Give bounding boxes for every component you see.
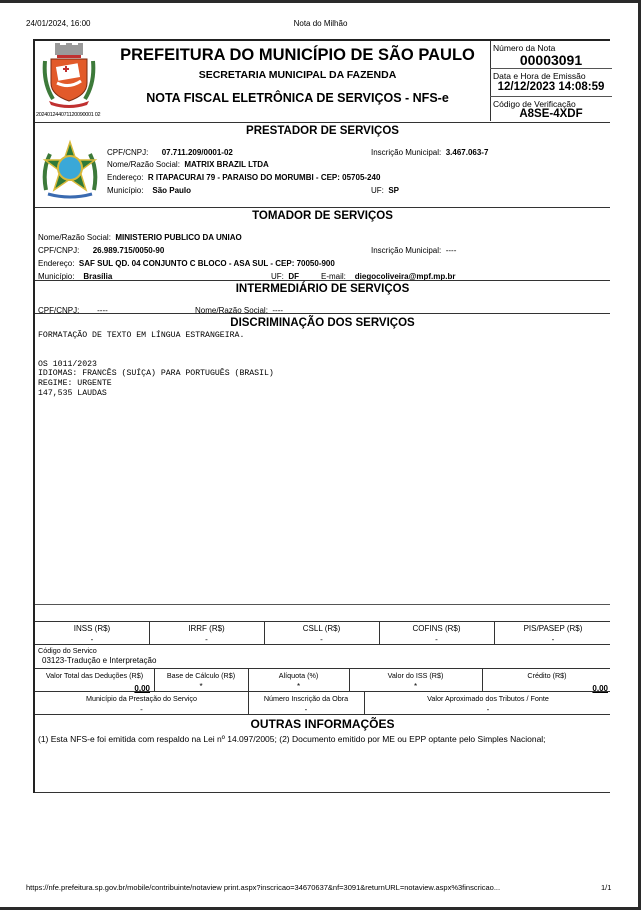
cell-divider xyxy=(379,622,380,645)
retencoes-label: IRRF (R$) xyxy=(149,624,264,633)
valores-label: Crédito (R$) xyxy=(482,671,612,680)
retencoes-label: INSS (R$) xyxy=(35,624,149,633)
emissao-label: Data e Hora de Emissão xyxy=(493,71,586,81)
tomador-im-value: ---- xyxy=(446,246,457,255)
valores-label: Alíquota (%) xyxy=(248,671,349,680)
numero-value: 00003091 xyxy=(493,52,609,68)
valores-label: Valor do ISS (R$) xyxy=(349,671,482,680)
extras-label: Valor Aproximado dos Tributos / Fonte xyxy=(364,694,612,703)
divider xyxy=(35,621,610,622)
header-left: 202401244071120090001 02 PREFEITURA DO M… xyxy=(35,41,490,121)
retencoes-value: - xyxy=(35,635,149,644)
outras-title: OUTRAS INFORMAÇÕES xyxy=(35,717,610,731)
divider xyxy=(35,792,610,793)
divider xyxy=(35,207,610,208)
servico-label: Código do Servico xyxy=(38,646,97,655)
extras-label: Número Inscrição da Obra xyxy=(248,694,364,703)
valores-label: Base de Cálculo (R$) xyxy=(154,671,248,680)
divider xyxy=(35,280,610,281)
cell-divider xyxy=(264,622,265,645)
valores-value: 0,00 xyxy=(482,684,608,693)
divider xyxy=(35,122,610,123)
header-subtitle: SECRETARIA MUNICIPAL DA FAZENDA xyxy=(105,69,490,81)
prestador-im-value: 3.467.063-7 xyxy=(446,148,489,157)
window-frame-top xyxy=(0,0,641,3)
retencoes-value: - xyxy=(149,635,264,644)
prestador-municipio-value: São Paulo xyxy=(152,186,191,195)
divider xyxy=(35,714,610,715)
cell-divider xyxy=(349,669,350,692)
cell-divider xyxy=(248,669,249,692)
valores-value: 0,00 xyxy=(35,684,150,693)
print-url: https://nfe.prefeitura.sp.gov.br/mobile/… xyxy=(26,883,500,892)
cell-divider xyxy=(494,622,495,645)
retencoes-value: - xyxy=(379,635,494,644)
divider xyxy=(35,313,610,314)
cell-divider xyxy=(154,669,155,692)
header-doc-type: NOTA FISCAL ELETRÔNICA DE SERVIÇOS - NFS… xyxy=(105,91,490,105)
valores-label: Valor Total das Deduções (R$) xyxy=(35,671,154,680)
valores-value: * xyxy=(248,682,349,691)
codigo-value: A8SE-4XDF xyxy=(493,108,609,120)
discriminacao-title: DISCRIMINAÇÃO DOS SERVIÇOS xyxy=(35,317,610,329)
servico-value: 03123-Tradução e Interpretação xyxy=(42,656,156,665)
extras-value: - xyxy=(248,705,364,714)
divider xyxy=(35,644,610,645)
intermediario-title: INTERMEDIÁRIO DE SERVIÇOS xyxy=(35,283,610,295)
print-title: Nota do Milhão xyxy=(0,19,641,28)
retencoes-value: - xyxy=(494,635,612,644)
print-page-number: 1/1 xyxy=(601,883,611,892)
retencoes-value: - xyxy=(264,635,379,644)
header-title: PREFEITURA DO MUNICÍPIO DE SÃO PAULO xyxy=(105,46,490,65)
prestador-im-label: Inscrição Municipal: xyxy=(371,148,441,157)
emissao-value: 12/12/2023 14:08:59 xyxy=(493,81,609,93)
retencoes-label: COFINS (R$) xyxy=(379,624,494,633)
prestador-uf-value: SP xyxy=(388,186,399,195)
cell-divider xyxy=(248,692,249,715)
cell-divider xyxy=(149,622,150,645)
divider xyxy=(490,68,612,69)
header-right: Número da Nota 00003091 Data e Hora de E… xyxy=(490,41,612,121)
tomador-title: TOMADOR DE SERVIÇOS xyxy=(35,210,610,222)
valores-value: * xyxy=(154,682,248,691)
divider xyxy=(35,604,610,605)
divider xyxy=(490,96,612,97)
outras-text: (1) Esta NFS-e foi emitida com respaldo … xyxy=(38,734,598,745)
barcode-text: 202401244071120090001 02 xyxy=(36,112,100,118)
prestador-municipio-label: Município: xyxy=(107,186,143,195)
retencoes-label: PIS/PASEP (R$) xyxy=(494,624,612,633)
discriminacao-text: FORMATAÇÃO DE TEXTO EM LÍNGUA ESTRANGEIR… xyxy=(38,331,274,398)
prestador-uf-label: UF: xyxy=(371,186,384,195)
extras-label: Município da Prestação do Serviço xyxy=(35,694,248,703)
extras-value: - xyxy=(364,705,612,714)
cell-divider xyxy=(364,692,365,715)
sao-paulo-crest-icon xyxy=(41,43,97,109)
divider xyxy=(35,668,610,669)
prestador-title: PRESTADOR DE SERVIÇOS xyxy=(35,125,610,137)
nfse-document: 202401244071120090001 02 PREFEITURA DO M… xyxy=(33,39,610,793)
retencoes-label: CSLL (R$) xyxy=(264,624,379,633)
extras-value: - xyxy=(35,705,248,714)
cell-divider xyxy=(482,669,483,692)
brazil-coat-of-arms-icon xyxy=(40,139,100,201)
tomador-im-label: Inscrição Municipal: xyxy=(371,246,441,255)
valores-value: * xyxy=(349,682,482,691)
